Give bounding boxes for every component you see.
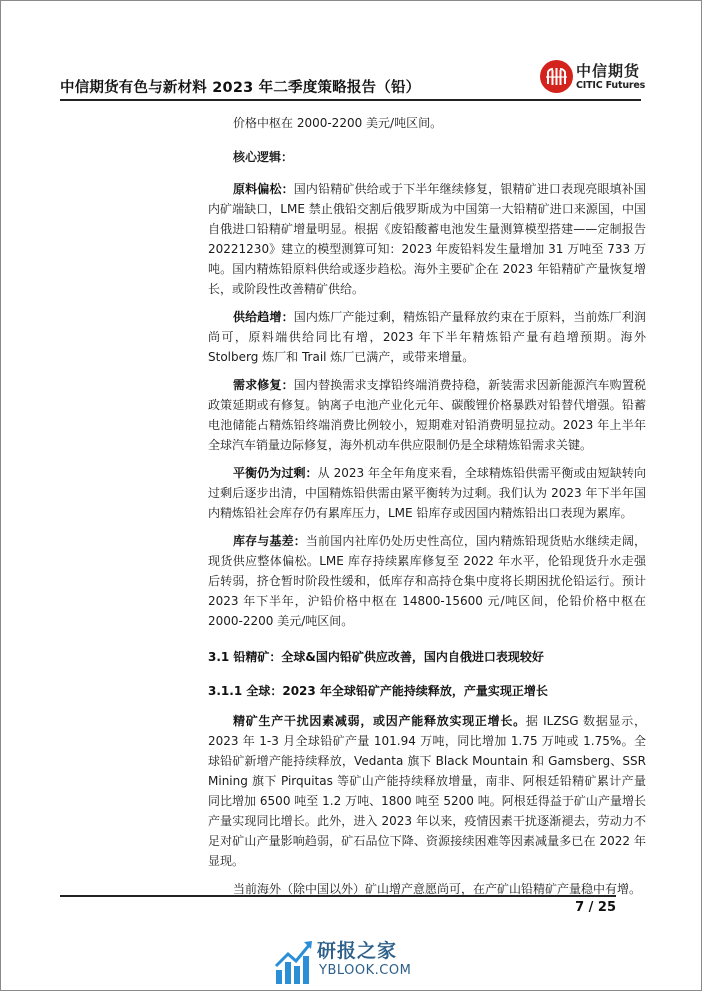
header-divider bbox=[60, 99, 641, 101]
bar-chart-arrow-icon bbox=[274, 936, 314, 986]
citic-emblem-icon bbox=[540, 60, 573, 93]
paragraph-label: 原料偏松： bbox=[233, 182, 294, 196]
paragraph-raw-materials: 原料偏松：国内铅精矿供给或于下半年继续修复，银精矿进口表现亮眼填补国内矿端缺口，… bbox=[208, 179, 646, 299]
paragraph-text: 当前国内社库仍处历史性高位，国内精炼铅现货贴水继续走阔，现货供应整体偏松。LME… bbox=[208, 534, 646, 628]
paragraph-label: 库存与基差： bbox=[233, 534, 306, 548]
section-heading-3-1-1: 3.1.1 全球：2023 年全球铅矿产能持续释放，产量实现正增长 bbox=[208, 681, 646, 701]
paragraph-label: 供给趋增： bbox=[233, 310, 294, 324]
intro-line: 价格中枢在 2000-2200 美元/吨区间。 bbox=[208, 113, 646, 133]
watermark-cn-text: 研报之家 bbox=[317, 936, 397, 963]
paragraph-global-mine-output: 精矿生产干扰因素减弱，或因产能释放实现正增长。据 ILZSG 数据显示，2023… bbox=[208, 711, 646, 871]
paragraph-label: 平衡仍为过剩： bbox=[233, 466, 318, 480]
paragraph-label: 需求修复： bbox=[233, 378, 294, 392]
footer-divider bbox=[60, 895, 616, 897]
yblook-watermark: 研报之家 YBLOOK.COM bbox=[274, 936, 434, 988]
report-title: 中信期货有色与新材料 2023 年二季度策略报告（铅） bbox=[60, 76, 420, 97]
paragraph-text: 国内铅精矿供给或于下半年继续修复，银精矿进口表现亮眼填补国内矿端缺口，LME 禁… bbox=[208, 182, 646, 296]
paragraph-balance: 平衡仍为过剩：从 2023 年全年角度来看，全球精炼铅供需平衡或由短缺转向过剩后… bbox=[208, 463, 646, 523]
page-number: 7 / 25 bbox=[570, 900, 616, 915]
citic-futures-logo: 中信期货 CITIC Futures bbox=[540, 60, 640, 96]
section-heading-3-1: 3.1 铅精矿：全球&国内铅矿供应改善，国内自俄进口表现较好 bbox=[208, 647, 646, 667]
report-body: 价格中枢在 2000-2200 美元/吨区间。 核心逻辑： 原料偏松：国内铅精矿… bbox=[208, 113, 646, 907]
core-logic-heading: 核心逻辑： bbox=[208, 147, 646, 167]
paragraph-supply: 供给趋增：国内炼厂产能过剩，精炼铅产量释放约束在于原料，当前炼厂利润尚可，原料端… bbox=[208, 307, 646, 367]
logo-cn-text: 中信期货 bbox=[576, 60, 640, 81]
paragraph-demand: 需求修复：国内替换需求支撑铅终端消费持稳，新装需求因新能源汽车购置税政策延期或有… bbox=[208, 375, 646, 455]
logo-en-text: CITIC Futures bbox=[576, 80, 645, 91]
paragraph-inventory-basis: 库存与基差：当前国内社库仍处历史性高位，国内精炼铅现货贴水继续走阔，现货供应整体… bbox=[208, 531, 646, 631]
paragraph-label: 精矿生产干扰因素减弱，或因产能释放实现正增长。 bbox=[233, 714, 526, 728]
watermark-en-text: YBLOOK.COM bbox=[319, 963, 411, 978]
paragraph-text: 据 ILZSG 数据显示，2023 年 1-3 月全球铅矿产量 101.94 万… bbox=[208, 714, 646, 868]
